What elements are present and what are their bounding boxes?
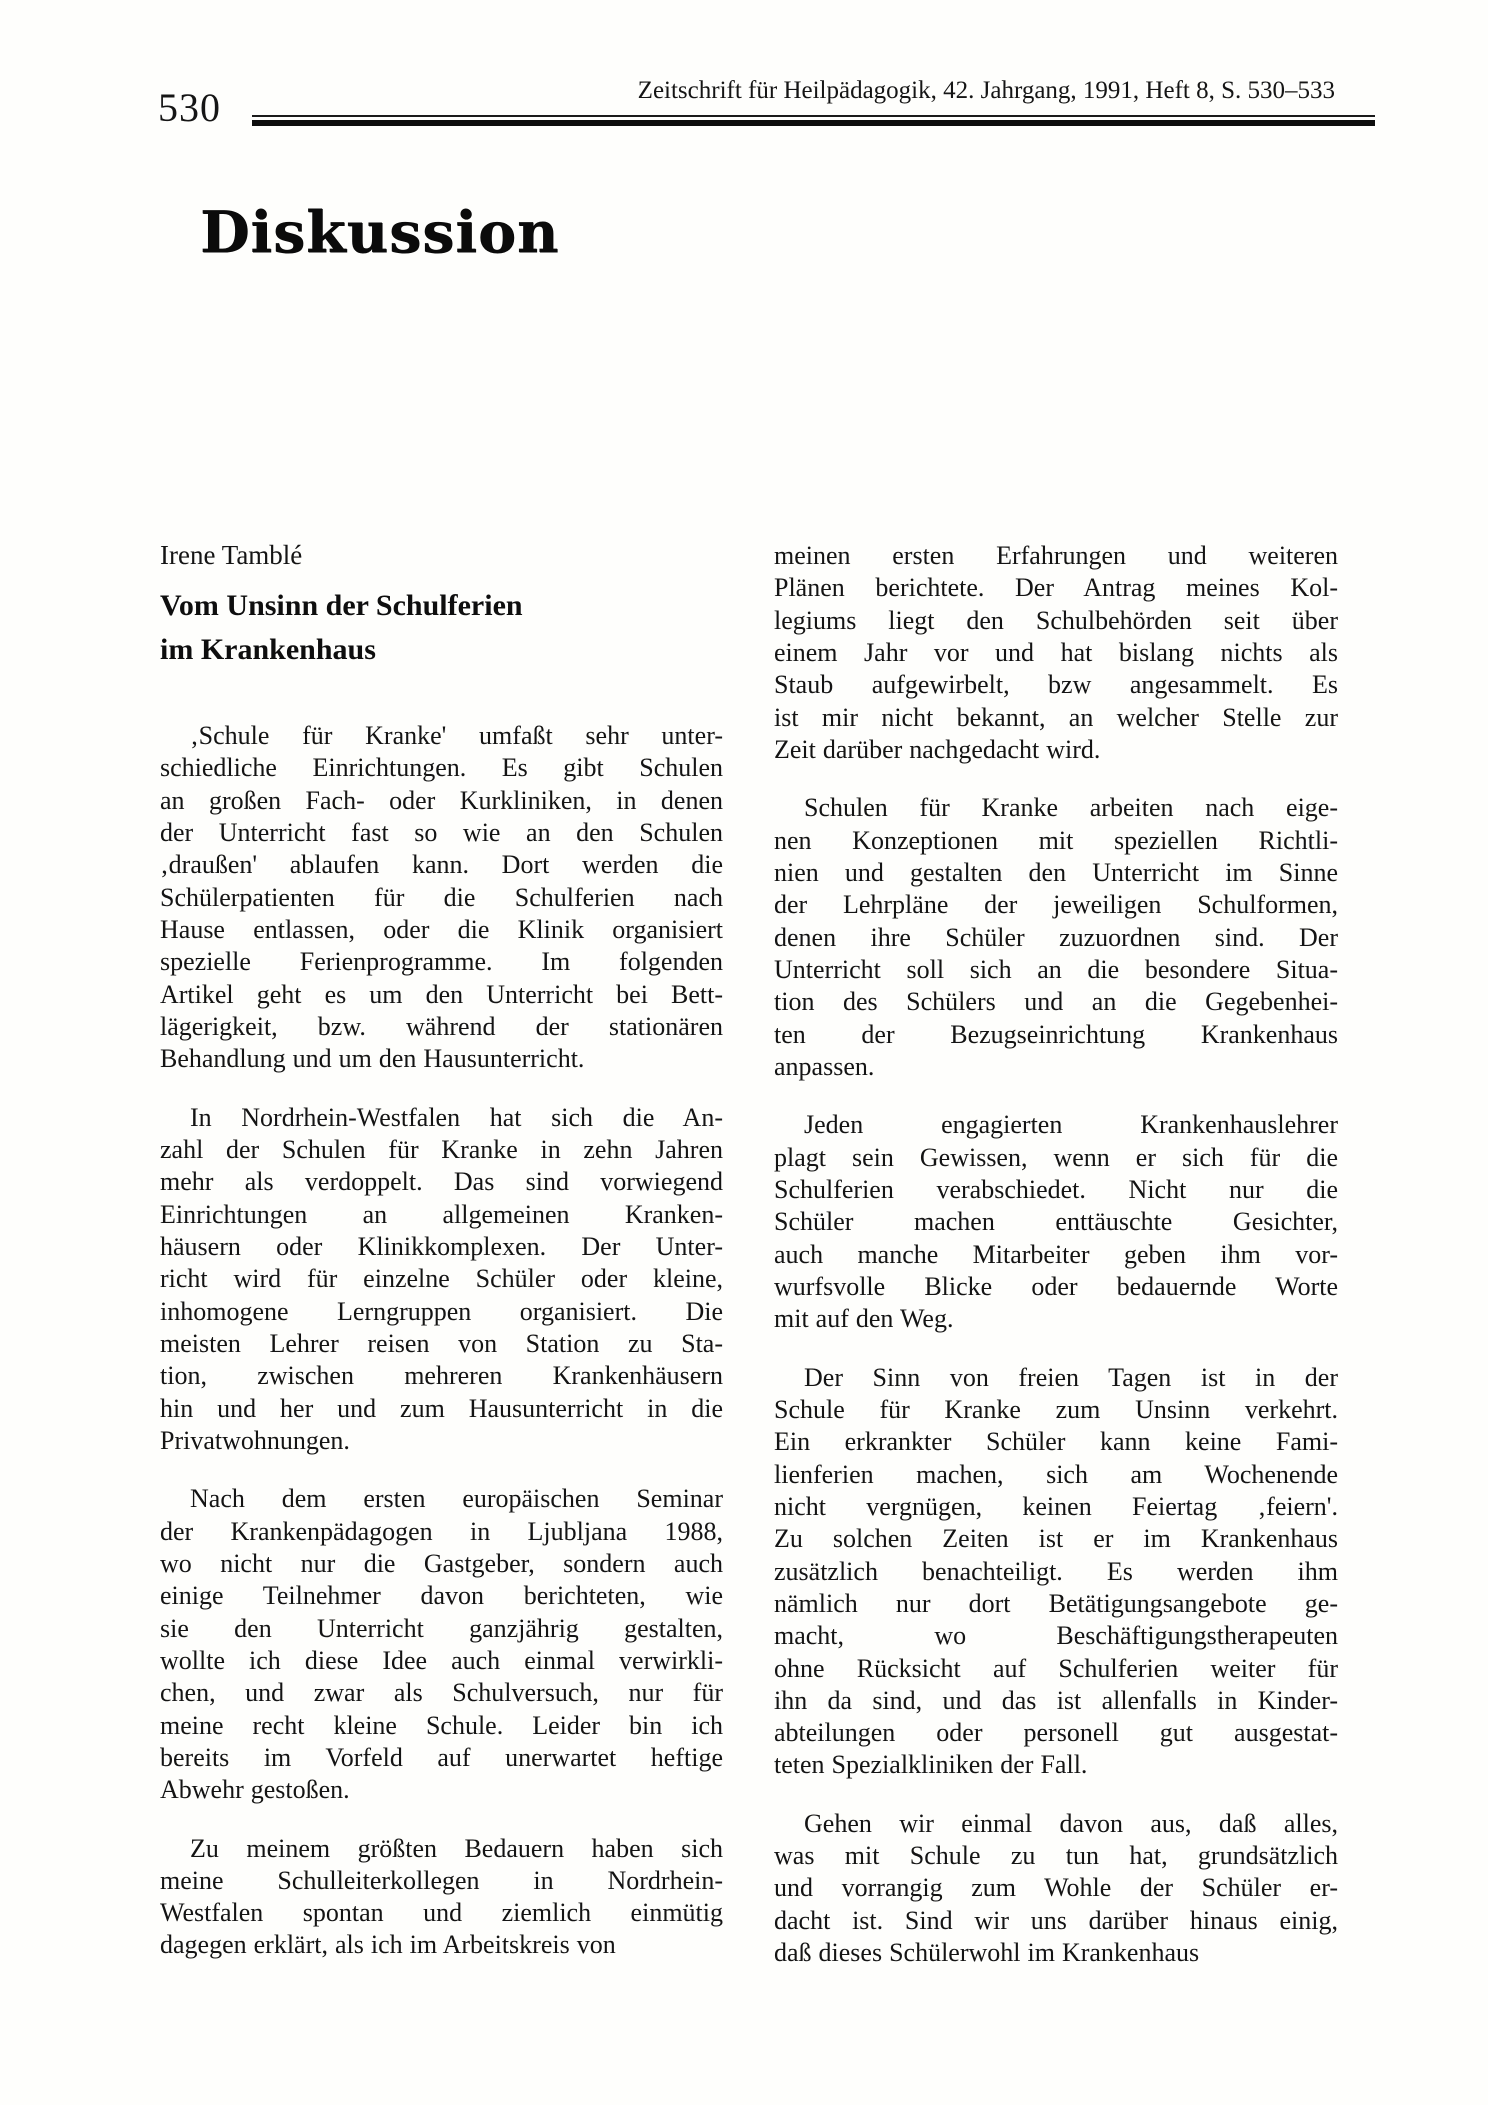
text-line: meine Schulleiterkollegen in Nordrhein- — [160, 1865, 723, 1897]
text-line: richt wird für einzelne Schüler oder kle… — [160, 1263, 723, 1295]
text-line: teten Spezialkliniken der Fall. — [774, 1749, 1338, 1781]
text-line: Der Sinn von freien Tagen ist in der — [774, 1362, 1338, 1394]
page-number: 530 — [158, 88, 221, 128]
text-line: anpassen. — [774, 1051, 1338, 1083]
text-line: Einrichtungen an allgemeinen Kranken- — [160, 1199, 723, 1231]
text-line: ihn da sind, und das ist allenfalls in K… — [774, 1685, 1338, 1717]
text-line: daß dieses Schülerwohl im Krankenhaus — [774, 1937, 1338, 1969]
text-line: Staub aufgewirbelt, bzw angesammelt. Es — [774, 669, 1338, 701]
text-line: dacht ist. Sind wir uns darüber hinaus e… — [774, 1905, 1338, 1937]
text-line: Zu meinem größten Bedauern haben sich — [160, 1833, 723, 1865]
text-line: zusätzlich benachteiligt. Es werden ihm — [774, 1556, 1338, 1588]
text-line: mit auf den Weg. — [774, 1303, 1338, 1335]
text-line: lägerigkeit, bzw. während der stationäre… — [160, 1011, 723, 1043]
journal-page: 530 Zeitschrift für Heilpädagogik, 42. J… — [0, 0, 1488, 2105]
paragraph: Jeden engagierten Krankenhauslehrerplagt… — [774, 1109, 1338, 1335]
article-title: Vom Unsinn der Schulferienim Krankenhaus — [160, 584, 723, 672]
text-line: In Nordrhein-Westfalen hat sich die An- — [160, 1102, 723, 1134]
text-line: und vorrangig zum Wohle der Schüler er- — [774, 1872, 1338, 1904]
text-line: bereits im Vorfeld auf unerwartet heftig… — [160, 1742, 723, 1774]
text-line: tion des Schülers und an die Gegebenhei- — [774, 986, 1338, 1018]
paragraph: ‚Schule für Kranke' umfaßt sehr unter-sc… — [160, 720, 723, 1076]
text-line: Nach dem ersten europäischen Seminar — [160, 1483, 723, 1515]
text-line: wo nicht nur die Gastgeber, sondern auch — [160, 1548, 723, 1580]
left-column: Irene Tamblé Vom Unsinn der Schulferieni… — [160, 538, 723, 1962]
text-line: häusern oder Klinikkomplexen. Der Unter- — [160, 1231, 723, 1263]
section-title: Diskussion — [200, 200, 559, 266]
left-column-body: ‚Schule für Kranke' umfaßt sehr unter-sc… — [160, 720, 723, 1962]
header-rule-thick-line — [252, 120, 1375, 126]
article-title-line: Vom Unsinn der Schulferien — [160, 584, 723, 628]
text-line: Zu solchen Zeiten ist er im Krankenhaus — [774, 1523, 1338, 1555]
text-line: nien und gestalten den Unterricht im Sin… — [774, 857, 1338, 889]
text-line: wurfsvolle Blicke oder bedauernde Worte — [774, 1271, 1338, 1303]
text-line: Ein erkrankter Schüler kann keine Fami- — [774, 1426, 1338, 1458]
text-line: sie den Unterricht ganzjährig gestalten, — [160, 1613, 723, 1645]
text-line: tion, zwischen mehreren Krankenhäusern — [160, 1360, 723, 1392]
text-line: Unterricht soll sich an die besondere Si… — [774, 954, 1338, 986]
text-line: ‚draußen' ablaufen kann. Dort werden die — [160, 849, 723, 881]
right-column-body: meinen ersten Erfahrungen und weiterenPl… — [774, 540, 1338, 1969]
text-line: meine recht kleine Schule. Leider bin ic… — [160, 1710, 723, 1742]
text-line: chen, und zwar als Schulversuch, nur für — [160, 1677, 723, 1709]
text-line: Artikel geht es um den Unterricht bei Be… — [160, 979, 723, 1011]
text-line: dagegen erklärt, als ich im Arbeitskreis… — [160, 1929, 723, 1961]
text-line: legiums liegt den Schulbehörden seit übe… — [774, 605, 1338, 637]
text-line: nicht vergnügen, keinen Feiertag ‚feiern… — [774, 1491, 1338, 1523]
right-column: meinen ersten Erfahrungen und weiterenPl… — [774, 540, 1338, 1969]
text-line: nämlich nur dort Betätigungsangebote ge- — [774, 1588, 1338, 1620]
text-line: lienferien machen, sich am Wochenende — [774, 1459, 1338, 1491]
text-line: an großen Fach- oder Kurkliniken, in den… — [160, 785, 723, 817]
text-line: meinen ersten Erfahrungen und weiteren — [774, 540, 1338, 572]
text-line: Westfalen spontan und ziemlich einmütig — [160, 1897, 723, 1929]
text-line: Jeden engagierten Krankenhauslehrer — [774, 1109, 1338, 1141]
paragraph: In Nordrhein-Westfalen hat sich die An-z… — [160, 1102, 723, 1458]
text-line: spezielle Ferienprogramme. Im folgenden — [160, 946, 723, 978]
text-line: mehr als verdoppelt. Das sind vorwiegend — [160, 1166, 723, 1198]
text-line: einem Jahr vor und hat bislang nichts al… — [774, 637, 1338, 669]
text-line: Privatwohnungen. — [160, 1425, 723, 1457]
text-line: plagt sein Gewissen, wenn er sich für di… — [774, 1142, 1338, 1174]
text-line: ist mir nicht bekannt, an welcher Stelle… — [774, 702, 1338, 734]
text-line: inhomogene Lerngruppen organisiert. Die — [160, 1296, 723, 1328]
text-line: Behandlung und um den Hausunterricht. — [160, 1043, 723, 1075]
text-line: der Krankenpädagogen in Ljubljana 1988, — [160, 1516, 723, 1548]
text-line: was mit Schule zu tun hat, grundsätzlich — [774, 1840, 1338, 1872]
text-line: ‚Schule für Kranke' umfaßt sehr unter- — [160, 720, 723, 752]
text-line: wollte ich diese Idee auch einmal verwir… — [160, 1645, 723, 1677]
text-line: abteilungen oder personell gut ausgestat… — [774, 1717, 1338, 1749]
text-line: macht, wo Beschäftigungstherapeuten — [774, 1620, 1338, 1652]
journal-header: Zeitschrift für Heilpädagogik, 42. Jahrg… — [500, 76, 1335, 106]
text-line: einige Teilnehmer davon berichteten, wie — [160, 1580, 723, 1612]
text-line: nen Konzeptionen mit speziellen Richtli- — [774, 825, 1338, 857]
paragraph: Der Sinn von freien Tagen ist in derSchu… — [774, 1362, 1338, 1782]
article-title-line: im Krankenhaus — [160, 628, 723, 672]
text-line: Schule für Kranke zum Unsinn verkehrt. — [774, 1394, 1338, 1426]
text-line: auch manche Mitarbeiter geben ihm vor- — [774, 1239, 1338, 1271]
text-line: schiedliche Einrichtungen. Es gibt Schul… — [160, 752, 723, 784]
text-line: Schülerpatienten für die Schulferien nac… — [160, 882, 723, 914]
text-line: Plänen berichtete. Der Antrag meines Kol… — [774, 572, 1338, 604]
text-line: ten der Bezugseinrichtung Krankenhaus — [774, 1019, 1338, 1051]
text-line: ohne Rücksicht auf Schulferien weiter fü… — [774, 1653, 1338, 1685]
text-line: der Unterricht fast so wie an den Schule… — [160, 817, 723, 849]
paragraph: Schulen für Kranke arbeiten nach eige-ne… — [774, 792, 1338, 1083]
text-line: Gehen wir einmal davon aus, daß alles, — [774, 1808, 1338, 1840]
text-line: meisten Lehrer reisen von Station zu Sta… — [160, 1328, 723, 1360]
text-line: Hause entlassen, oder die Klinik organis… — [160, 914, 723, 946]
text-line: Schüler machen enttäuschte Gesichter, — [774, 1206, 1338, 1238]
paragraph: Gehen wir einmal davon aus, daß alles,wa… — [774, 1808, 1338, 1970]
text-line: Abwehr gestoßen. — [160, 1774, 723, 1806]
text-line: Zeit darüber nachgedacht wird. — [774, 734, 1338, 766]
paragraph: meinen ersten Erfahrungen und weiterenPl… — [774, 540, 1338, 766]
text-line: denen ihre Schüler zuzuordnen sind. Der — [774, 922, 1338, 954]
paragraph: Nach dem ersten europäischen Seminarder … — [160, 1483, 723, 1806]
paragraph: Zu meinem größten Bedauern haben sichmei… — [160, 1833, 723, 1962]
text-line: der Lehrpläne der jeweiligen Schulformen… — [774, 889, 1338, 921]
text-line: hin und her und zum Hausunterricht in di… — [160, 1393, 723, 1425]
text-line: Schulen für Kranke arbeiten nach eige- — [774, 792, 1338, 824]
header-rule — [252, 115, 1375, 126]
author-name: Irene Tamblé — [160, 538, 723, 572]
text-line: zahl der Schulen für Kranke in zehn Jahr… — [160, 1134, 723, 1166]
text-line: Schulferien verabschiedet. Nicht nur die — [774, 1174, 1338, 1206]
